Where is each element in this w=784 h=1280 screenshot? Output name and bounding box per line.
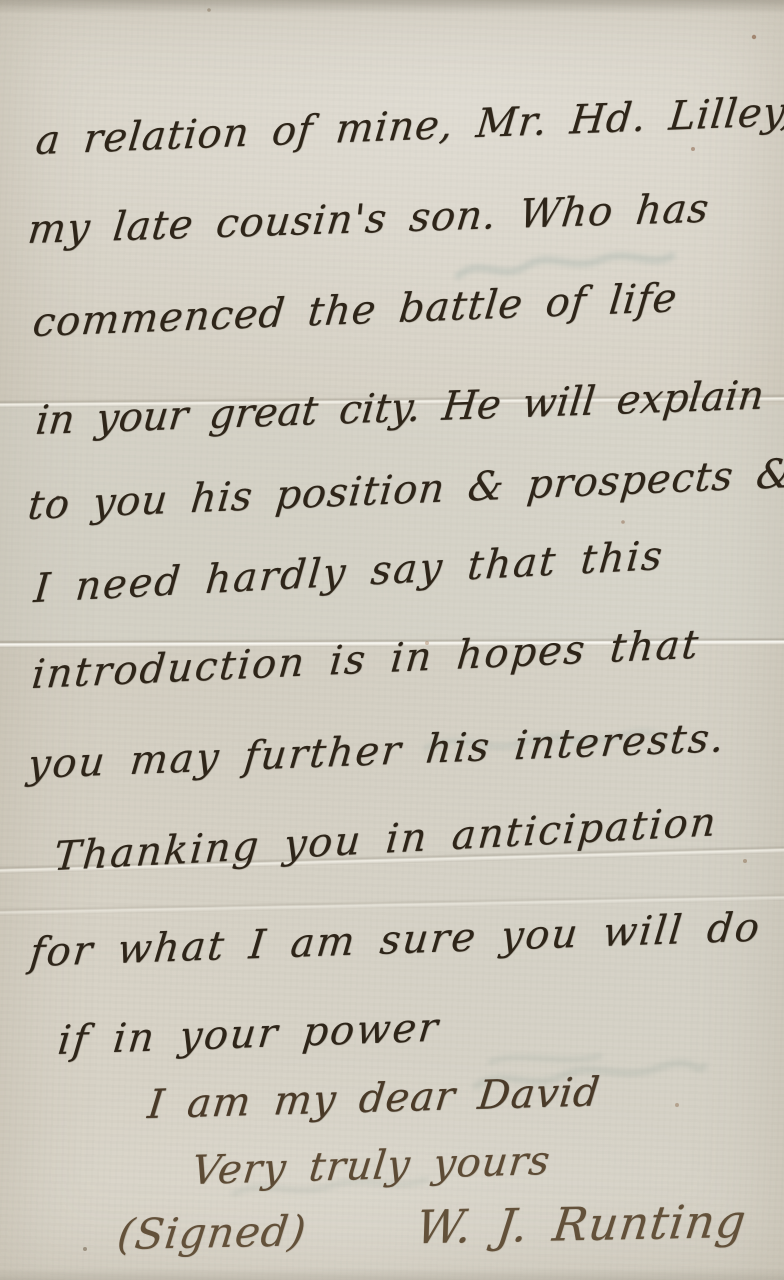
handwritten-line-5: to you his position & prospects & — [26, 451, 784, 529]
signed-label: (Signed) — [115, 1206, 310, 1259]
letter-page: a relation of mine, Mr. Hd. Lilley, my l… — [0, 0, 784, 1280]
handwritten-line-8: you may further his interests. — [26, 715, 728, 788]
handwritten-line-9: Thanking you in anticipation — [52, 799, 720, 880]
handwritten-line-valediction-address: I am my dear David — [145, 1069, 602, 1128]
handwritten-line-3: commenced the battle of life — [31, 275, 680, 346]
paper-specks — [0, 0, 2, 2]
signature-line: (Signed)W. J. Runting — [115, 1194, 750, 1260]
handwritten-line-4: in your great city. He will explain — [34, 372, 767, 444]
handwritten-line-valediction: Very truly yours — [189, 1138, 553, 1194]
handwritten-line-11: if in your power — [56, 1005, 442, 1065]
signature: W. J. Runting — [413, 1194, 749, 1254]
handwritten-line-10: for what I am sure you will do — [28, 904, 764, 976]
handwritten-line-6: I need hardly say that this — [32, 533, 666, 612]
handwritten-line-1: a relation of mine, Mr. Hd. Lilley, — [34, 89, 784, 164]
handwritten-line-7: introduction is in hopes that — [30, 622, 702, 699]
handwritten-line-2: my late cousin's son. Who has — [25, 186, 711, 254]
